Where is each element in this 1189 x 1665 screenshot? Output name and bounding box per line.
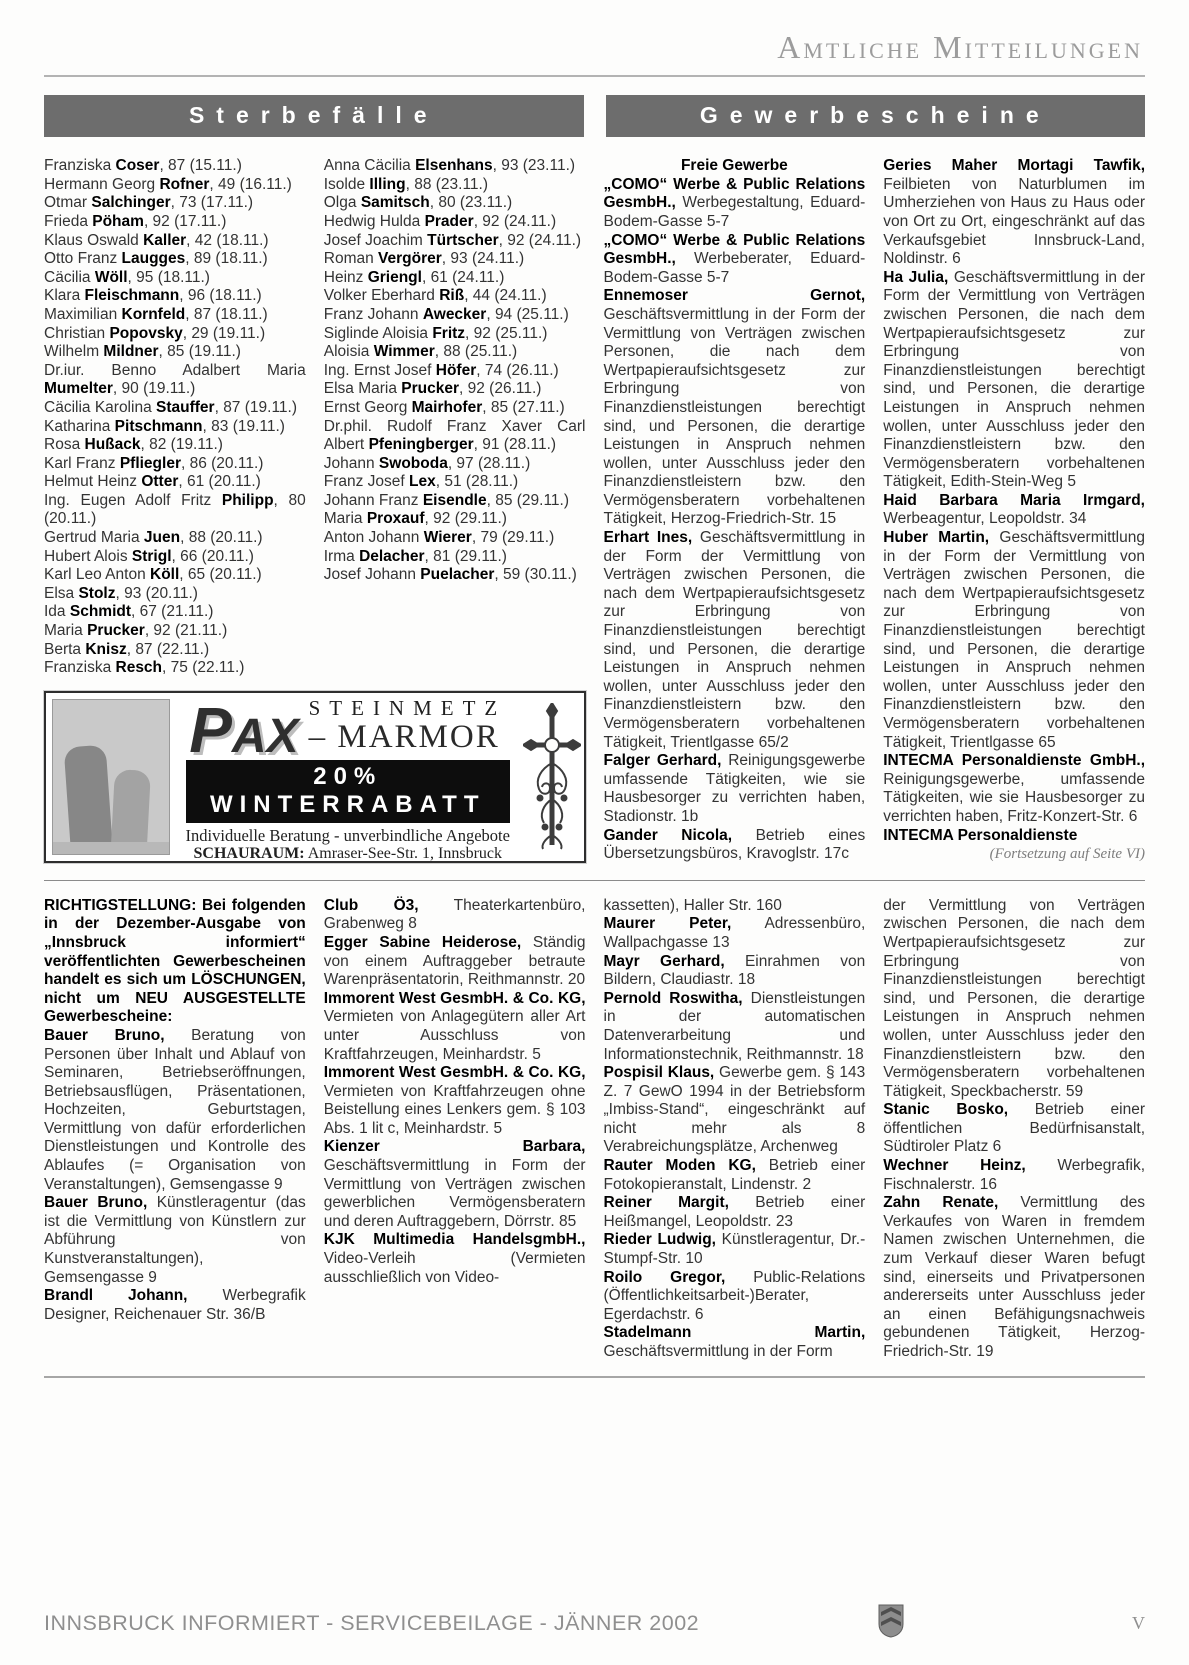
entry: Olga Samitsch, 80 (23.11.) bbox=[324, 194, 586, 213]
ad-steinmetz-label: STEINMETZ bbox=[309, 697, 507, 720]
page-number: V bbox=[1132, 1613, 1145, 1634]
entry: Irma Delacher, 81 (29.11.) bbox=[324, 548, 586, 567]
entry: Maria Prucker, 92 (21.11.) bbox=[44, 622, 306, 641]
magazine-page: Amtliche Mitteilungen Sterbefälle Gewerb… bbox=[0, 0, 1189, 1665]
entry: RICHTIGSTELLUNG: Bei folgenden in der De… bbox=[44, 897, 306, 1027]
entry: Klara Fleischmann, 96 (18.11.) bbox=[44, 287, 306, 306]
entry: Wechner Heinz, Werbegrafik, Fischnalerst… bbox=[883, 1157, 1145, 1194]
ad-brand-row: PAX STEINMETZ – MARMOR bbox=[184, 697, 512, 757]
ad-brand-text: STEINMETZ – MARMOR bbox=[309, 697, 507, 757]
sterbefaelle-column-2: Anna Cäcilia Elsenhans, 93 (23.11.)Isold… bbox=[324, 157, 586, 679]
ad-showroom-address: Amraser-See-Str. 1, Innsbruck bbox=[305, 845, 502, 862]
ad-discount-banner: 20% WINTERRABATT bbox=[186, 760, 510, 823]
entry: Ha Julia, Geschäftsvermittlung in der Fo… bbox=[883, 269, 1145, 492]
entry: Klaus Oswald Kaller, 42 (18.11.) bbox=[44, 232, 306, 251]
entry: Dr.phil. Rudolf Franz Xaver Carl Albert … bbox=[324, 418, 586, 455]
pax-logo: PAX bbox=[189, 705, 298, 756]
entry: Stanic Bosko, Betrieb einer öffentlichen… bbox=[883, 1101, 1145, 1157]
entry: Haid Barbara Maria Irmgard, Werbeagentur… bbox=[883, 492, 1145, 529]
entry: Elsa Stolz, 93 (20.11.) bbox=[44, 585, 306, 604]
entry: Franziska Resch, 75 (22.11.) bbox=[44, 659, 306, 678]
entry: Gertrud Maria Juen, 88 (20.11.) bbox=[44, 529, 306, 548]
entry: Katharina Pitschmann, 83 (19.11.) bbox=[44, 418, 306, 437]
entry: Otto Franz Laugges, 89 (18.11.) bbox=[44, 250, 306, 269]
entry: Stadelmann Martin, Geschäftsvermittlung … bbox=[604, 1324, 866, 1361]
entry: Ida Schmidt, 67 (21.11.) bbox=[44, 603, 306, 622]
gravestone-shape bbox=[64, 744, 113, 845]
entry: Dr.iur. Benno Adalbert Maria Mumelter, 9… bbox=[44, 362, 306, 399]
entry: Kienzer Barbara, Geschäftsvermittlung in… bbox=[324, 1138, 586, 1231]
ad-content: PAX STEINMETZ – MARMOR 20% WINTERRABATT … bbox=[176, 693, 520, 861]
entry: Immorent West GesmbH. & Co. KG, Vermiete… bbox=[324, 990, 586, 1064]
entry: Rieder Ludwig, Künstleragentur, Dr.-Stum… bbox=[604, 1231, 866, 1268]
entry: Josef Joachim Türtscher, 92 (24.11.) bbox=[324, 232, 586, 251]
entry: Cäcilia Wöll, 95 (18.11.) bbox=[44, 269, 306, 288]
pax-logo-ax: AX bbox=[232, 710, 299, 763]
entry: Hubert Alois Strigl, 66 (20.11.) bbox=[44, 548, 306, 567]
entry: Karl Franz Pfliegler, 86 (20.11.) bbox=[44, 455, 306, 474]
entry: Frieda Pöham, 92 (17.11.) bbox=[44, 213, 306, 232]
gravestone-shape bbox=[111, 769, 151, 845]
entry: Cäcilia Karolina Stauffer, 87 (19.11.) bbox=[44, 399, 306, 418]
entry: Ing. Eugen Adolf Fritz Philipp, 80 (20.1… bbox=[44, 492, 306, 529]
entry: Otmar Salchinger, 73 (17.11.) bbox=[44, 194, 306, 213]
entry: „COMO“ Werbe & Public Relations GesmbH.,… bbox=[604, 232, 866, 288]
entry: Huber Martin, Geschäftsvermittlung in de… bbox=[883, 529, 1145, 752]
entry: Maria Proxauf, 92 (29.11.) bbox=[324, 510, 586, 529]
entry: Maurer Peter, Adressenbüro, Wallpachgass… bbox=[604, 915, 866, 952]
pax-logo-p: P bbox=[189, 694, 232, 766]
entry: KJK Multimedia HandelsgmbH., Video-Verle… bbox=[324, 1231, 586, 1287]
gewerbescheine-column-1: Freie Gewerbe„COMO“ Werbe & Public Relat… bbox=[604, 157, 866, 864]
entry: Geries Maher Mortagi Tawfik, Feilbieten … bbox=[883, 157, 1145, 269]
section-header-sterbefaelle: Sterbefälle bbox=[44, 95, 584, 137]
wrought-iron-cross-icon bbox=[520, 693, 584, 861]
ad-showroom-line: SCHAURAUM: Amraser-See-Str. 1, Innsbruck bbox=[184, 845, 512, 862]
entry: Hedwig Hulda Prader, 92 (24.11.) bbox=[324, 213, 586, 232]
photo-ground bbox=[53, 842, 169, 854]
entry: Volker Eberhard Riß, 44 (24.11.) bbox=[324, 287, 586, 306]
entry: Reiner Margit, Betrieb einer Heißmangel,… bbox=[604, 1194, 866, 1231]
entry: (Fortsetzung auf Seite VI) bbox=[883, 845, 1145, 863]
ad-gravestone-photo bbox=[52, 699, 170, 855]
correction-column-1: RICHTIGSTELLUNG: Bei folgenden in der De… bbox=[44, 897, 306, 1362]
entry: Berta Knisz, 87 (22.11.) bbox=[44, 641, 306, 660]
page-title: Amtliche Mitteilungen bbox=[44, 30, 1145, 65]
entry: „COMO“ Werbe & Public Relations GesmbH.,… bbox=[604, 176, 866, 232]
entry: Wilhelm Mildner, 85 (19.11.) bbox=[44, 343, 306, 362]
correction-section: RICHTIGSTELLUNG: Bei folgenden in der De… bbox=[44, 897, 1145, 1362]
footer-title: INNSBRUCK INFORMIERT - SERVICEBEILAGE - … bbox=[44, 1611, 699, 1636]
entry: Aloisia Wimmer, 88 (25.11.) bbox=[324, 343, 586, 362]
entry: Bauer Bruno, Beratung von Personen über … bbox=[44, 1027, 306, 1194]
entry: Anton Johann Wierer, 79 (29.11.) bbox=[324, 529, 586, 548]
entry: Siglinde Aloisia Fritz, 92 (25.11.) bbox=[324, 325, 586, 344]
innsbruck-crest-icon bbox=[878, 1604, 904, 1643]
entry: Pospisil Klaus, Gewerbe gem. § 143 Z. 7 … bbox=[604, 1064, 866, 1157]
entry: Josef Johann Puelacher, 59 (30.11.) bbox=[324, 566, 586, 585]
entry: Hermann Georg Rofner, 49 (16.11.) bbox=[44, 176, 306, 195]
entry: Zahn Renate, Vermittlung des Verkaufes v… bbox=[883, 1194, 1145, 1361]
entry: kassetten), Haller Str. 160 bbox=[604, 897, 866, 916]
gewerbescheine-column-2: Geries Maher Mortagi Tawfik, Feilbieten … bbox=[883, 157, 1145, 864]
entry: Karl Leo Anton Köll, 65 (20.11.) bbox=[44, 566, 306, 585]
entry: Bauer Bruno, Künstleragentur (das ist di… bbox=[44, 1194, 306, 1287]
section-divider bbox=[44, 880, 1145, 881]
entry: Elsa Maria Prucker, 92 (26.11.) bbox=[324, 380, 586, 399]
entry: der Vermittlung von Verträgen zwischen P… bbox=[883, 897, 1145, 1102]
entry: Anna Cäcilia Elsenhans, 93 (23.11.) bbox=[324, 157, 586, 176]
entry: Franz Johann Awecker, 94 (25.11.) bbox=[324, 306, 586, 325]
entry: Johann Swoboda, 97 (28.11.) bbox=[324, 455, 586, 474]
ad-tagline: Individuelle Beratung - unverbindliche A… bbox=[184, 827, 512, 846]
footer-rule bbox=[44, 1376, 1145, 1378]
steinmetz-pax-advertisement: PAX STEINMETZ – MARMOR 20% WINTERRABATT … bbox=[44, 691, 586, 863]
entry: Ing. Ernst Josef Höfer, 74 (26.11.) bbox=[324, 362, 586, 381]
entry: Club Ö3, Theaterkartenbüro, Grabenweg 8 bbox=[324, 897, 586, 934]
entry: Isolde Illing, 88 (23.11.) bbox=[324, 176, 586, 195]
entry: INTECMA Personaldienste bbox=[883, 827, 1145, 846]
entry: Ennemoser Gernot, Geschäftsvermittlung i… bbox=[604, 287, 866, 529]
entry: Mayr Gerhard, Einrahmen von Bildern, Cla… bbox=[604, 953, 866, 990]
entry: Rauter Moden KG, Betrieb einer Fotokopie… bbox=[604, 1157, 866, 1194]
entry: Ernst Georg Mairhofer, 85 (27.11.) bbox=[324, 399, 586, 418]
correction-column-3: kassetten), Haller Str. 160Maurer Peter,… bbox=[604, 897, 866, 1362]
entry: Freie Gewerbe bbox=[604, 157, 866, 176]
entry: Egger Sabine Heiderose, Ständig von eine… bbox=[324, 934, 586, 990]
section-header-gewerbescheine: Gewerbescheine bbox=[606, 95, 1146, 137]
entry: Pernold Roswitha, Dienstleistungen in de… bbox=[604, 990, 866, 1064]
entry: Heinz Griengl, 61 (24.11.) bbox=[324, 269, 586, 288]
entry: Immorent West GesmbH. & Co. KG, Vermiete… bbox=[324, 1064, 586, 1138]
page-footer: INNSBRUCK INFORMIERT - SERVICEBEILAGE - … bbox=[44, 1592, 1145, 1643]
entry: Roman Vergörer, 93 (24.11.) bbox=[324, 250, 586, 269]
entry: Christian Popovsky, 29 (19.11.) bbox=[44, 325, 306, 344]
masthead-rule bbox=[44, 75, 1145, 77]
entry: Maximilian Kornfeld, 87 (18.11.) bbox=[44, 306, 306, 325]
entry: Brandl Johann, Werbegrafik Designer, Rei… bbox=[44, 1287, 306, 1324]
correction-column-2: Club Ö3, Theaterkartenbüro, Grabenweg 8E… bbox=[324, 897, 586, 1362]
sterbefaelle-column-1: Franziska Coser, 87 (15.11.)Hermann Geor… bbox=[44, 157, 306, 679]
entry: Roilo Gregor, Public-Relations (Öffentli… bbox=[604, 1269, 866, 1325]
entry: Erhart Ines, Geschäftsvermittlung in der… bbox=[604, 529, 866, 752]
ad-marmor-label: – MARMOR bbox=[309, 720, 507, 755]
entry: Rosa Hußack, 82 (19.11.) bbox=[44, 436, 306, 455]
entry: Franz Josef Lex, 51 (28.11.) bbox=[324, 473, 586, 492]
correction-column-4: der Vermittlung von Verträgen zwischen P… bbox=[883, 897, 1145, 1362]
ad-showroom-label: SCHAURAUM: bbox=[193, 845, 304, 862]
entry: Falger Gerhard, Reinigungsgewerbe umfass… bbox=[604, 752, 866, 826]
entry: INTECMA Personaldienste GmbH., Reinigung… bbox=[883, 752, 1145, 826]
entry: Helmut Heinz Otter, 61 (20.11.) bbox=[44, 473, 306, 492]
entry: Johann Franz Eisendle, 85 (29.11.) bbox=[324, 492, 586, 511]
entry: Gander Nicola, Betrieb eines Übersetzung… bbox=[604, 827, 866, 864]
entry: Franziska Coser, 87 (15.11.) bbox=[44, 157, 306, 176]
top-section: Sterbefälle Gewerbescheine Franziska Cos… bbox=[44, 95, 1145, 864]
